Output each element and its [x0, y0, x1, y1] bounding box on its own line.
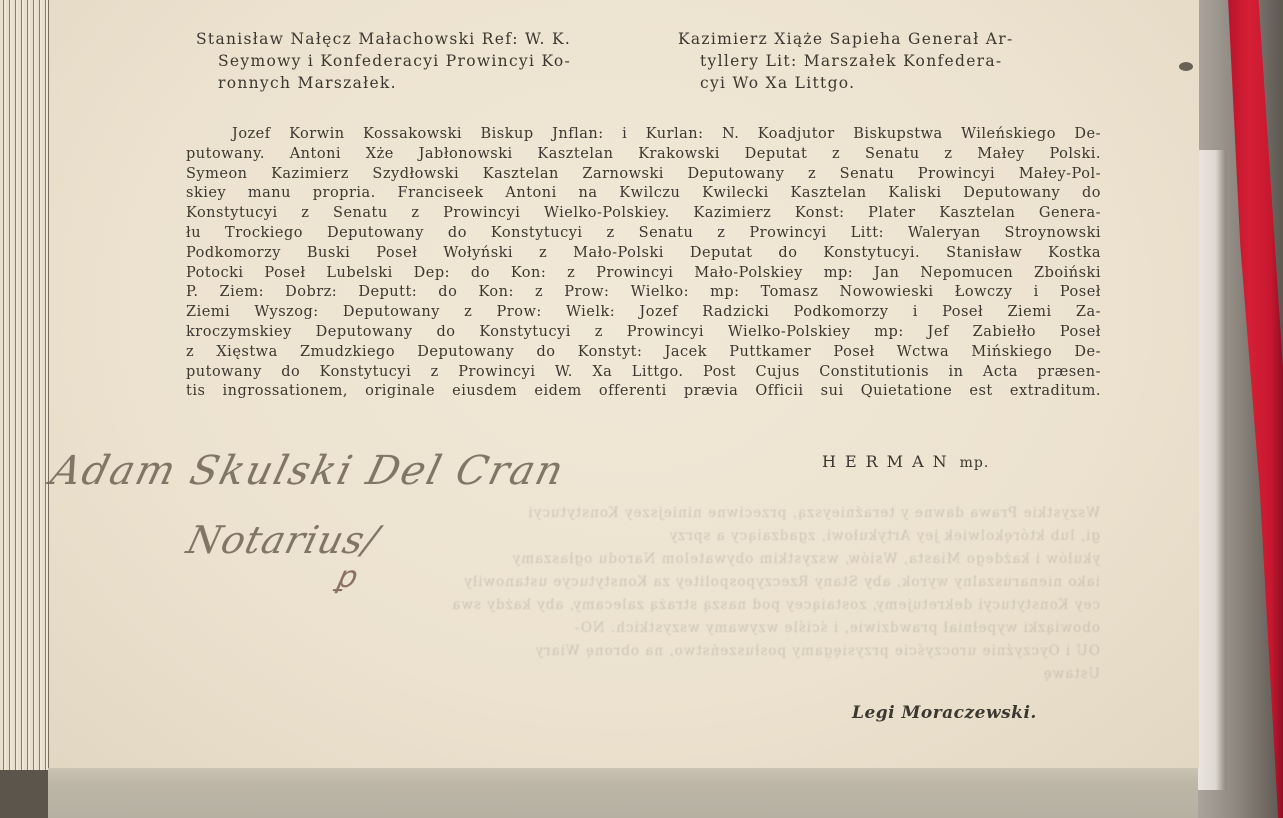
body-line: Jozef Korwin Kossakowski Biskup Jnflan: …	[186, 125, 1101, 145]
bleed-line: obowiązki wypełniał prawdziwie, i ściśle…	[180, 617, 1100, 640]
printed-signature: HERMANmp.	[822, 452, 989, 471]
signatory-line: Seymowy i Konfederacyi Prowincyi Ko-	[196, 50, 658, 72]
reader-note: Legi Moraczewski.	[852, 703, 1037, 723]
body-line: z Xięstwa Zmudzkiego Deputowany do Konst…	[186, 343, 1101, 363]
printed-signature-suffix: mp.	[960, 455, 990, 471]
body-line: łu Trockiego Deputowany do Konstytucyi z…	[186, 224, 1101, 244]
body-line: tis ingrossationem, originale eiusdem ei…	[186, 382, 1101, 402]
ink-stain	[1179, 62, 1193, 71]
bleed-line: iako nienaruszalny wyrok, aby Stany Rzec…	[180, 571, 1100, 594]
printed-signature-name: HERMAN	[822, 452, 956, 471]
body-line: putowany do Konstytucyi z Prowincyi W. X…	[186, 363, 1101, 383]
bleed-line: cey Konstytucyi dekretujemy, zostaiącey …	[180, 594, 1100, 617]
book-cover-corner	[0, 770, 50, 818]
signatory-block-right: Kazimierz Xiąże Sapieha Generał Ar- tyll…	[678, 28, 1133, 94]
signatory-line: cyi Wo Xa Littgo.	[678, 72, 1133, 94]
signatory-line: ronnych Marszałek.	[196, 72, 658, 94]
body-line: putowany. Antoni Xże Jabłonowski Kasztel…	[186, 145, 1101, 165]
page-bottom-shadow	[48, 762, 1198, 818]
handwritten-signature-line2: Notarius/	[183, 518, 384, 562]
body-line: Podkomorzy Buski Poseł Wołyński z Mało-P…	[186, 244, 1101, 264]
body-line: P. Ziem: Dobrz: Deputt: do Kon: z Prow: …	[186, 283, 1101, 303]
body-line: Konstytucyi z Senatu z Prowincyi Wielko-…	[186, 204, 1101, 224]
bleed-line: Ustawę	[180, 663, 1100, 686]
handwritten-signature-line1: Adam Skulski Del Cran	[46, 448, 570, 494]
body-line: Symeon Kazimierz Szydłowski Kasztelan Za…	[186, 165, 1101, 185]
signatory-line: Stanisław Nałęcz Małachowski Ref: W. K.	[196, 28, 658, 50]
signatory-line: tyllery Lit: Marszałek Konfedera-	[678, 50, 1133, 72]
book-page-edges	[0, 0, 50, 770]
signatory-line: Kazimierz Xiąże Sapieha Generał Ar-	[678, 28, 1133, 50]
body-line: Potocki Poseł Lubelski Dep: do Kon: z Pr…	[186, 264, 1101, 284]
bleed-line: OU i Oyczyźnie uroczyście przysięgamy po…	[180, 640, 1100, 663]
body-line: skiey manu propria. Franciseek Antoni na…	[186, 184, 1101, 204]
body-line: Ziemi Wyszog: Deputowany z Prow: Wielk: …	[186, 303, 1101, 323]
signatory-block-left: Stanisław Nałęcz Małachowski Ref: W. K. …	[196, 28, 658, 94]
body-line: kroczymskiey Deputowany do Konstytucyi z…	[186, 323, 1101, 343]
deputies-paragraph: Jozef Korwin Kossakowski Biskup Jnflan: …	[186, 125, 1101, 402]
